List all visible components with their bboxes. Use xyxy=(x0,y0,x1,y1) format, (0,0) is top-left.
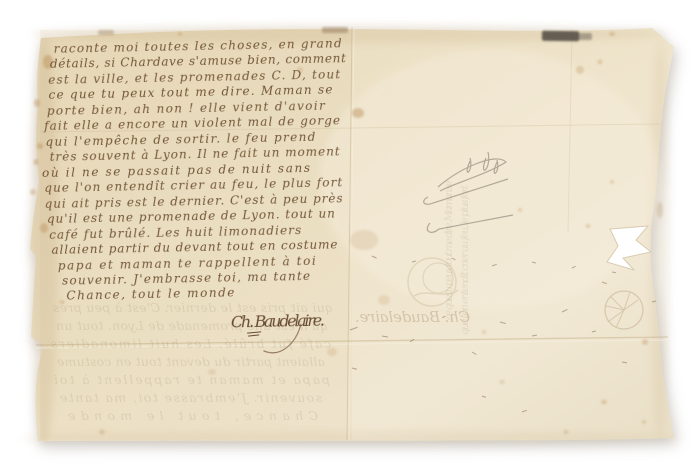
stain-spot xyxy=(352,108,364,118)
photo-canvas: qui ait pris est le dernier. C'est à peu… xyxy=(0,0,700,468)
letter-photo: qui ait pris est le dernier. C'est à peu… xyxy=(0,0,700,468)
ink-speck xyxy=(612,272,616,273)
signature: Ch. Baudelaire. xyxy=(231,311,325,332)
bottom-edge-shade xyxy=(20,431,680,445)
bleedthrough-signature-text: Ch. Baudelaire. xyxy=(355,308,470,326)
stain-spot xyxy=(518,208,522,212)
stain-spot xyxy=(350,230,378,250)
stain-spot xyxy=(657,202,663,218)
bleedthrough-line: allaient partir du devant tout en costum… xyxy=(57,354,325,369)
stain-spot xyxy=(598,60,603,65)
stain-spot xyxy=(601,400,607,405)
stain-spot xyxy=(99,430,105,435)
stain-spot xyxy=(564,430,569,434)
stamp-smudge-main xyxy=(542,31,579,42)
right-edge-shade xyxy=(650,40,670,440)
stain-spot xyxy=(610,180,614,184)
stain-spot xyxy=(482,330,486,334)
stain-spot xyxy=(37,143,43,149)
bleedthrough-signature: Ch. Baudelaire. xyxy=(355,308,470,326)
stain-spot xyxy=(178,32,183,36)
stain-spot xyxy=(586,224,591,228)
stain-spot xyxy=(378,295,390,305)
stain-spot xyxy=(30,189,36,195)
edge-smudge-center xyxy=(322,27,348,33)
bleedthrough-line: souvenir. J'embrasse toi, ma tante xyxy=(60,390,322,405)
stain-spot xyxy=(642,339,648,345)
stain-spot xyxy=(576,66,584,74)
stamp-smudge-tail xyxy=(577,33,592,40)
stain-spot xyxy=(642,420,646,424)
stain-spot xyxy=(34,99,40,107)
bleedthrough-line: papa et maman te rappellent à toi xyxy=(54,372,330,387)
stain-spot xyxy=(609,32,615,36)
stain-spot xyxy=(34,159,39,165)
edge-smudge-left xyxy=(98,30,114,35)
stain-spot xyxy=(500,380,505,384)
bleedthrough-line: café fut brûlé. Les huit limonadiers xyxy=(51,336,331,351)
center-highlight xyxy=(320,50,660,310)
